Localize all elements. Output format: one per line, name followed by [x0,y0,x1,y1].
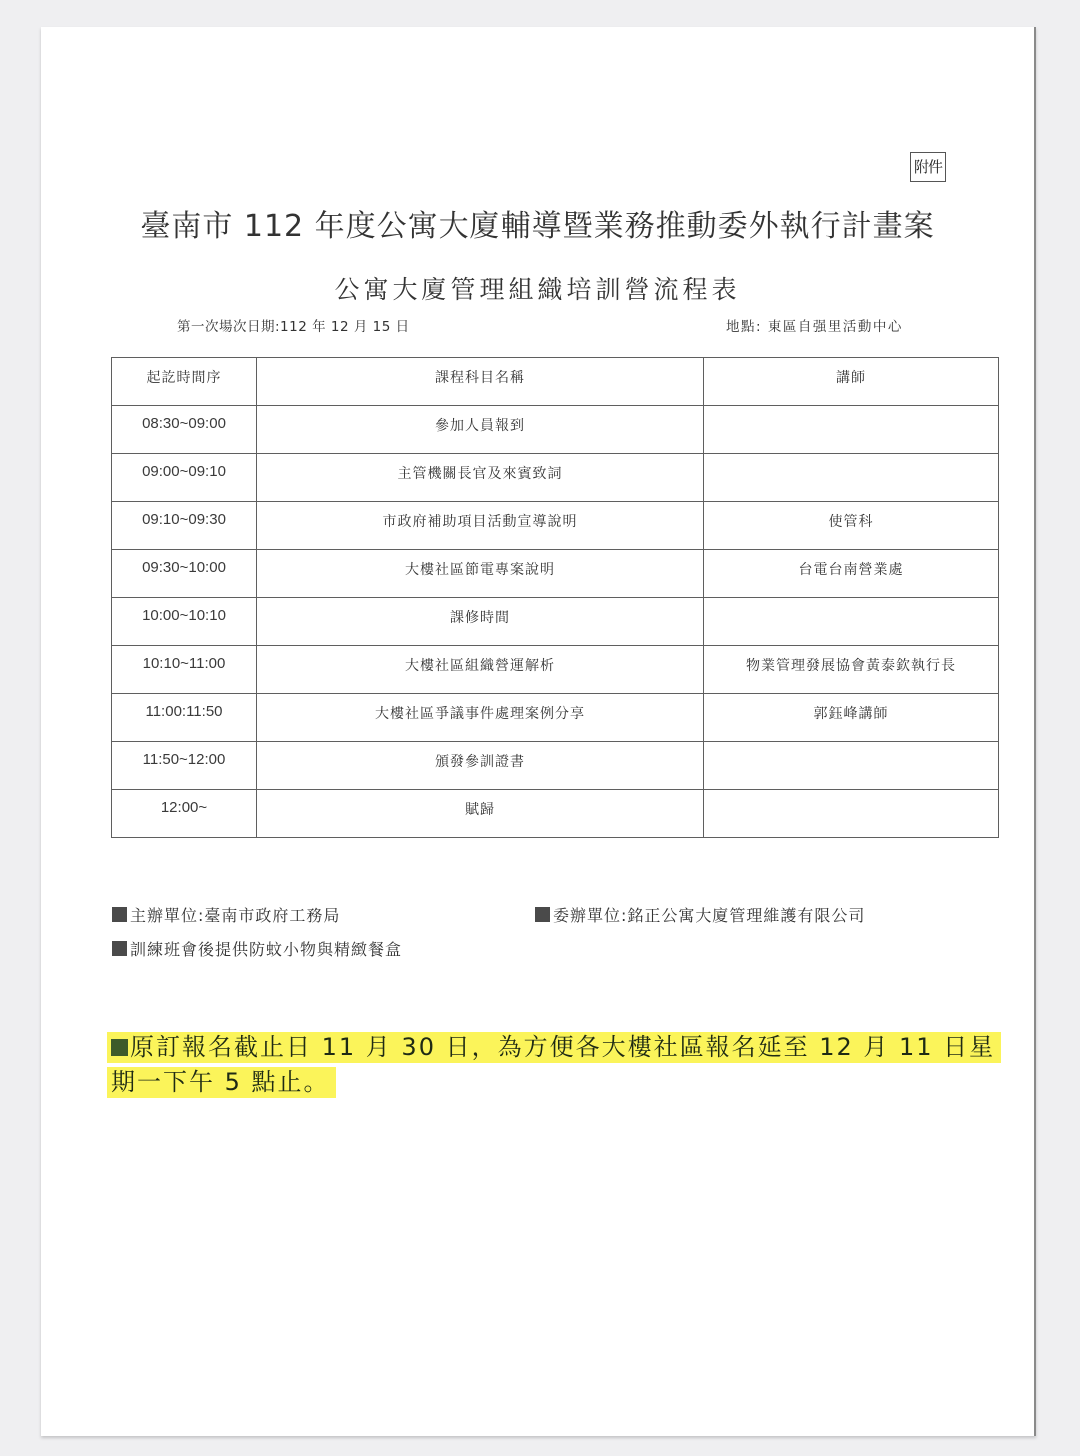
cell-time: 09:30~10:00 [112,550,257,598]
document-title: 臺南市 112 年度公寓大廈輔導暨業務推動委外執行計畫案 [41,201,1034,245]
cell-lecturer [704,742,999,790]
table-row: 09:10~09:30 市政府補助項目活動宣導說明 使管科 [112,502,999,550]
contractor-text: 委辦單位:銘正公寓大廈管理維護有限公司 [553,903,865,926]
table-row: 10:00~10:10 課修時間 [112,598,999,646]
cell-lecturer [704,454,999,502]
table-row: 08:30~09:00 參加人員報到 [112,406,999,454]
header-course: 課程科目名稱 [257,358,704,406]
table-row: 11:50~12:00 頒發參訓證書 [112,742,999,790]
cell-time: 09:10~09:30 [112,502,257,550]
organizer-text: 主辦單位:臺南市政府工務局 [130,903,340,926]
bullet-square-icon [535,907,550,922]
document-subtitle: 公寓大廈管理組織培訓營流程表 [41,270,1034,306]
bullet-square-icon [111,1039,128,1056]
organizer-note: 主辦單位:臺南市政府工務局 [112,903,340,926]
cell-course: 市政府補助項目活動宣導說明 [257,502,704,550]
table-row: 09:30~10:00 大樓社區節電專案說明 台電台南營業處 [112,550,999,598]
cell-lecturer: 台電台南營業處 [704,550,999,598]
cell-lecturer: 郭鈺峰講師 [704,694,999,742]
cell-course: 頒發參訓證書 [257,742,704,790]
cell-time: 11:50~12:00 [112,742,257,790]
cell-lecturer [704,598,999,646]
cell-time: 10:00~10:10 [112,598,257,646]
gift-text: 訓練班會後提供防蚊小物與精緻餐盒 [130,937,402,960]
gift-note: 訓練班會後提供防蚊小物與精緻餐盒 [112,937,402,960]
cell-course: 參加人員報到 [257,406,704,454]
table-row: 11:00:11:50 大樓社區爭議事件處理案例分享 郭鈺峰講師 [112,694,999,742]
cell-time: 12:00~ [112,790,257,838]
attachment-badge: 附件 [910,152,946,182]
cell-lecturer [704,406,999,454]
cell-lecturer [704,790,999,838]
table-row: 12:00~ 賦歸 [112,790,999,838]
bullet-square-icon [112,907,127,922]
header-lecturer: 講師 [704,358,999,406]
cell-course: 主管機關長官及來賓致詞 [257,454,704,502]
cell-course: 大樓社區組織營運解析 [257,646,704,694]
cell-time: 08:30~09:00 [112,406,257,454]
document-page: 附件 臺南市 112 年度公寓大廈輔導暨業務推動委外執行計畫案 公寓大廈管理組織… [41,27,1036,1436]
header-time: 起訖時間序 [112,358,257,406]
cell-course: 課修時間 [257,598,704,646]
table-header-row: 起訖時間序 課程科目名稱 講師 [112,358,999,406]
cell-time: 09:00~09:10 [112,454,257,502]
schedule-table: 起訖時間序 課程科目名稱 講師 08:30~09:00 參加人員報到 09:00… [111,357,999,838]
cell-lecturer: 物業管理發展協會黃泰欽執行長 [704,646,999,694]
table-row: 10:10~11:00 大樓社區組織營運解析 物業管理發展協會黃泰欽執行長 [112,646,999,694]
cell-course: 大樓社區節電專案說明 [257,550,704,598]
session-date: 第一次場次日期:112 年 12 月 15 日 [177,315,410,335]
contractor-note: 委辦單位:銘正公寓大廈管理維護有限公司 [535,903,865,926]
deadline-text: 原訂報名截止日 11 月 30 日，為方便各大樓社區報名延至 12 月 11 日… [111,1033,995,1096]
table-row: 09:00~09:10 主管機關長官及來賓致詞 [112,454,999,502]
highlighted-text: 原訂報名截止日 11 月 30 日，為方便各大樓社區報名延至 12 月 11 日… [107,1032,1001,1098]
cell-time: 11:00:11:50 [112,694,257,742]
cell-course: 大樓社區爭議事件處理案例分享 [257,694,704,742]
cell-lecturer: 使管科 [704,502,999,550]
registration-deadline-notice: 原訂報名截止日 11 月 30 日，為方便各大樓社區報名延至 12 月 11 日… [107,1030,1007,1100]
bullet-square-icon [112,941,127,956]
cell-time: 10:10~11:00 [112,646,257,694]
session-location: 地點: 東區自强里活動中心 [726,315,903,335]
cell-course: 賦歸 [257,790,704,838]
